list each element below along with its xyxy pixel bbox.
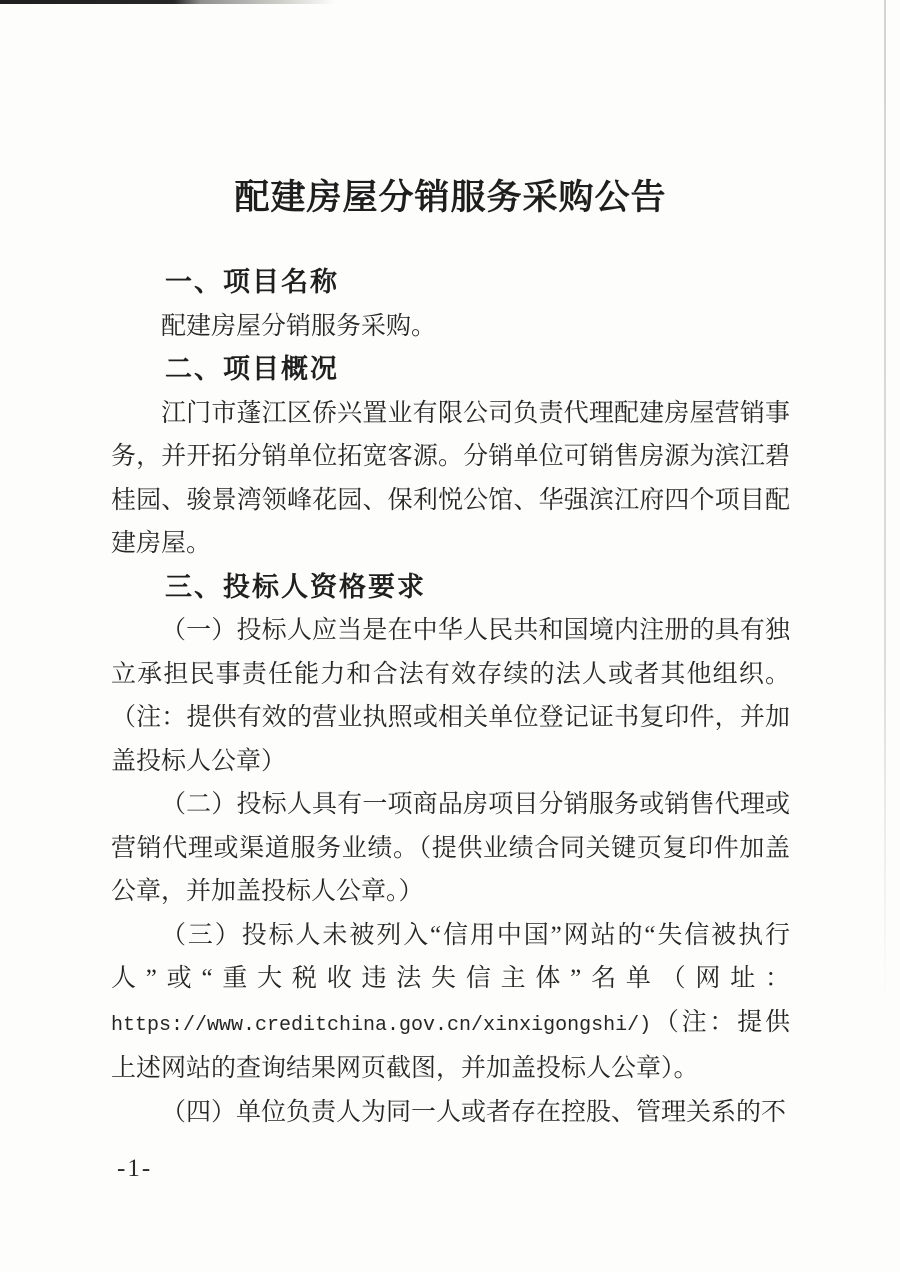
doc-paragraph: （三）投标人未被列入“信用中国”网站的“失信被执行人”或“重大税收违法失信主体”… [111,914,790,1091]
text-run: 三、投标人资格要求 [165,572,426,602]
text-run: （二）投标人具有一项商品房项目分销服务或销售代理或营销代理或渠道服务业绩。（提供… [111,791,790,905]
doc-paragraph: 配建房屋分销服务采购。 [111,305,790,349]
doc-paragraph: （一）投标人应当是在中华人民共和国境内注册的具有独立承担民事责任能力和合法有效存… [111,609,790,783]
text-run: （四）单位负责人为同一人或者存在控股、管理关系的不 [161,1099,786,1126]
doc-paragraph: （四）单位负责人为同一人或者存在控股、管理关系的不 [111,1091,790,1135]
footer-page-number: -1- [117,1155,152,1183]
doc-heading: 三、投标人资格要求 [111,566,790,610]
doc-paragraph: 江门市蓬江区侨兴置业有限公司负责代理配建房屋营销事务，并开拓分销单位拓宽客源。分… [111,392,790,566]
doc-paragraph: （二）投标人具有一项商品房项目分销服务或销售代理或营销代理或渠道服务业绩。（提供… [111,783,790,914]
doc-heading: 一、项目名称 [111,261,790,305]
document-title: 配建房屋分销服务采购公告 [111,170,790,220]
url-text: https://www.creditchina.gov.cn/xinxigong… [111,1014,651,1037]
text-run: （一）投标人应当是在中华人民共和国境内注册的具有独立承担民事责任能力和合法有效存… [111,617,790,775]
text-run: 江门市蓬江区侨兴置业有限公司负责代理配建房屋营销事务，并开拓分销单位拓宽客源。分… [111,400,790,558]
text-run: （三）投标人未被列入“信用中国”网站的“失信被执行人”或“重大税收违法失信主体”… [111,922,790,993]
doc-heading: 二、项目概况 [111,348,790,392]
text-run: 二、项目概况 [165,354,339,384]
text-run: 配建房屋分销服务采购。 [161,313,436,340]
text-run: 一、项目名称 [165,267,339,297]
scan-right-fold-line [884,0,886,1005]
document-body: 一、项目名称配建房屋分销服务采购。二、项目概况江门市蓬江区侨兴置业有限公司负责代… [111,261,790,1134]
scan-top-edge-artifact [0,0,335,4]
